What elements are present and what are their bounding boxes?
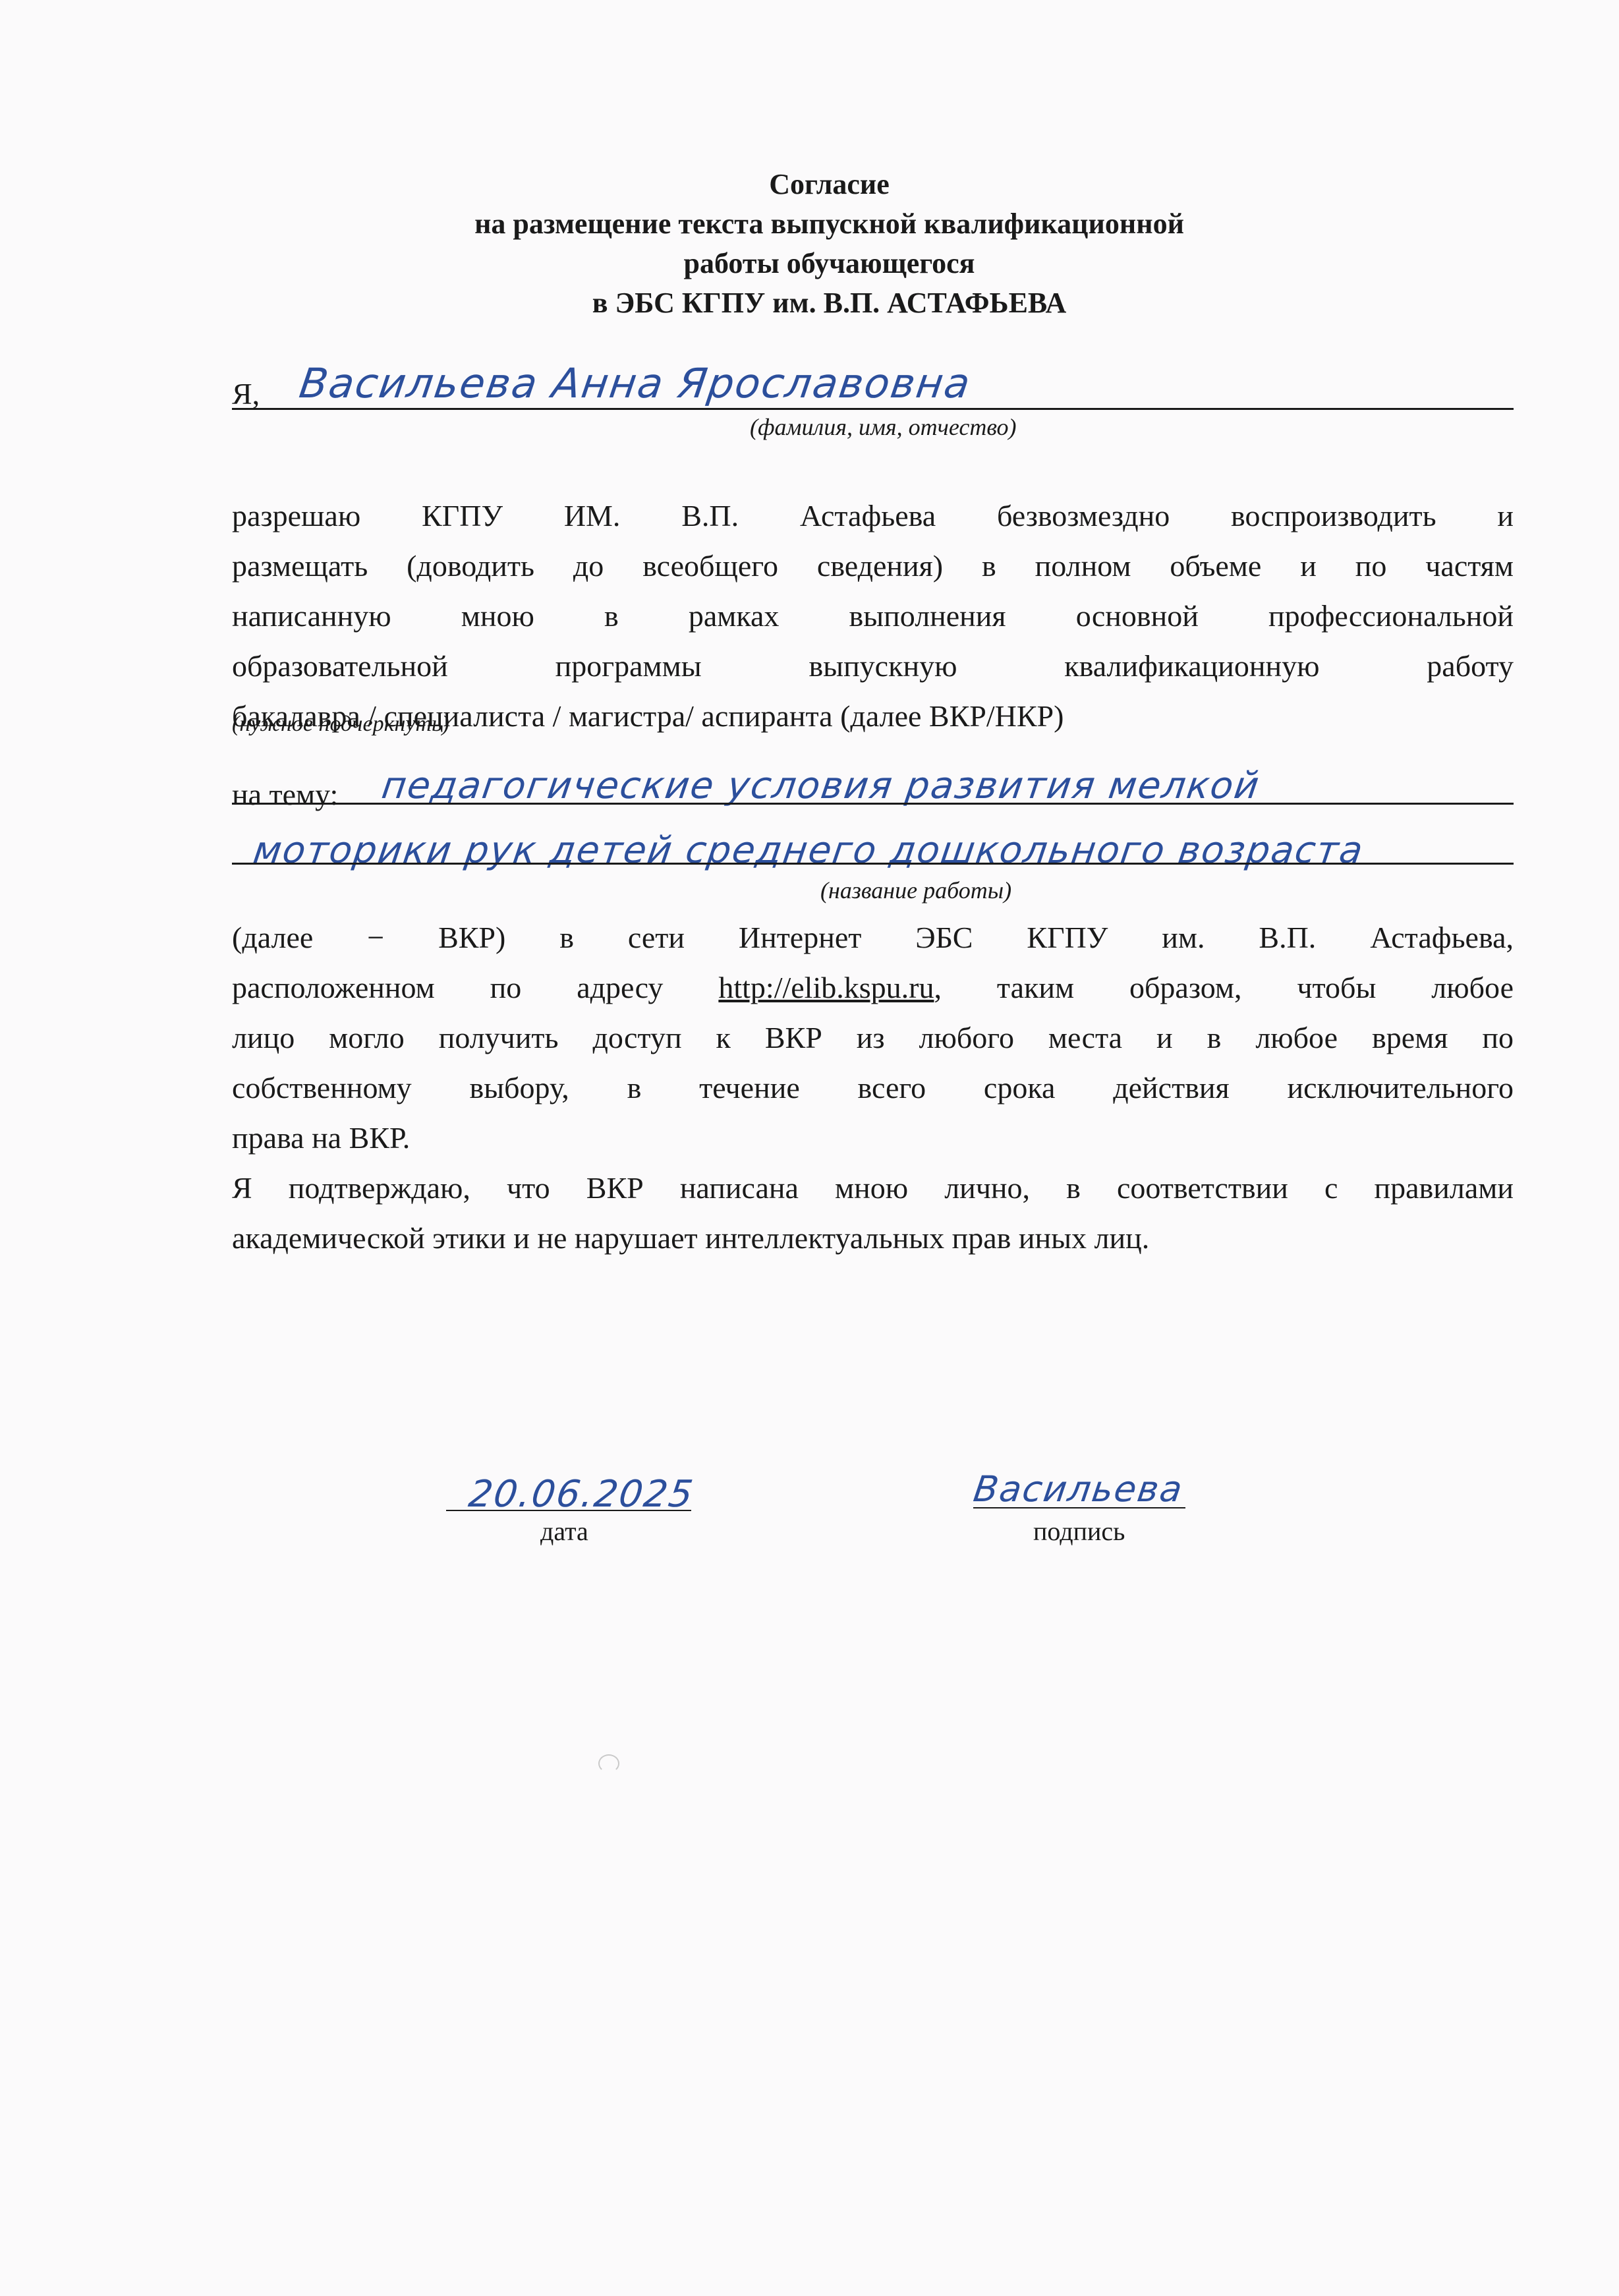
paragraph-line: академической этики и не нарушает интелл… <box>232 1213 1514 1263</box>
access-paragraph: (далее − ВКР) в сети Интернет ЭБС КГПУ и… <box>232 913 1514 1163</box>
permission-paragraph: разрешаю КГПУ ИМ. В.П. Астафьева безвозм… <box>232 491 1514 741</box>
paragraph-text: , таким образом, чтобы любое <box>934 971 1514 1004</box>
handwritten-signature: Васильева <box>971 1468 1186 1510</box>
title-line-3: работы обучающегося <box>40 244 1619 283</box>
topic-underline-2 <box>232 863 1514 865</box>
scan-artifact-mark <box>598 1754 619 1773</box>
paragraph-line: образовательной программы выпускную квал… <box>232 641 1514 691</box>
topic-caption: (название работы) <box>820 876 1011 904</box>
paragraph-text: расположенном по адресу <box>232 971 718 1004</box>
consent-form-page: Согласие на размещение текста выпускной … <box>0 0 1619 2296</box>
paragraph-line: расположенном по адресу http://elib.kspu… <box>232 963 1514 1013</box>
paragraph-line: Я подтверждаю, что ВКР написана мною лич… <box>232 1163 1514 1213</box>
underline-note: (нужное подчеркнуть) <box>232 712 449 737</box>
signature-caption: подпись <box>1033 1516 1125 1547</box>
name-prefix: Я, <box>232 369 260 419</box>
title-line-2: на размещение текста выпускной квалифика… <box>40 204 1619 244</box>
name-underline <box>232 408 1514 410</box>
document-title: Согласие на размещение текста выпускной … <box>0 165 1619 323</box>
title-line-4: в ЭБС КГПУ им. В.П. АСТАФЬЕВА <box>40 283 1619 323</box>
topic-prefix: на тему: <box>232 770 338 820</box>
handwritten-topic-line-2: моторики рук детей среднего дошкольного … <box>250 829 1366 872</box>
paragraph-line: собственному выбору, в течение всего сро… <box>232 1063 1514 1113</box>
handwritten-full-name: Васильева Анна Ярославовна <box>297 359 975 407</box>
name-caption: (фамилия, имя, отчество) <box>750 413 1016 441</box>
confirmation-paragraph: Я подтверждаю, что ВКР написана мною лич… <box>232 1163 1514 1263</box>
title-line-1: Согласие <box>40 165 1619 204</box>
date-underline <box>446 1510 691 1511</box>
paragraph-line: написанную мною в рамках выполнения осно… <box>232 591 1514 641</box>
elib-link[interactable]: http://elib.kspu.ru <box>718 971 934 1004</box>
paragraph-line: (далее − ВКР) в сети Интернет ЭБС КГПУ и… <box>232 913 1514 963</box>
paragraph-line: права на ВКР. <box>232 1113 1514 1163</box>
paragraph-line: разрешаю КГПУ ИМ. В.П. Астафьева безвозм… <box>232 491 1514 541</box>
handwritten-topic-line-1: педагогические условия развития мелкой <box>379 764 1263 807</box>
signature-underline <box>973 1507 1185 1508</box>
topic-underline-1 <box>232 803 1514 805</box>
date-caption: дата <box>540 1516 588 1547</box>
paragraph-line: размещать (доводить до всеобщего сведени… <box>232 541 1514 591</box>
paragraph-line: лицо могло получить доступ к ВКР из любо… <box>232 1013 1514 1063</box>
